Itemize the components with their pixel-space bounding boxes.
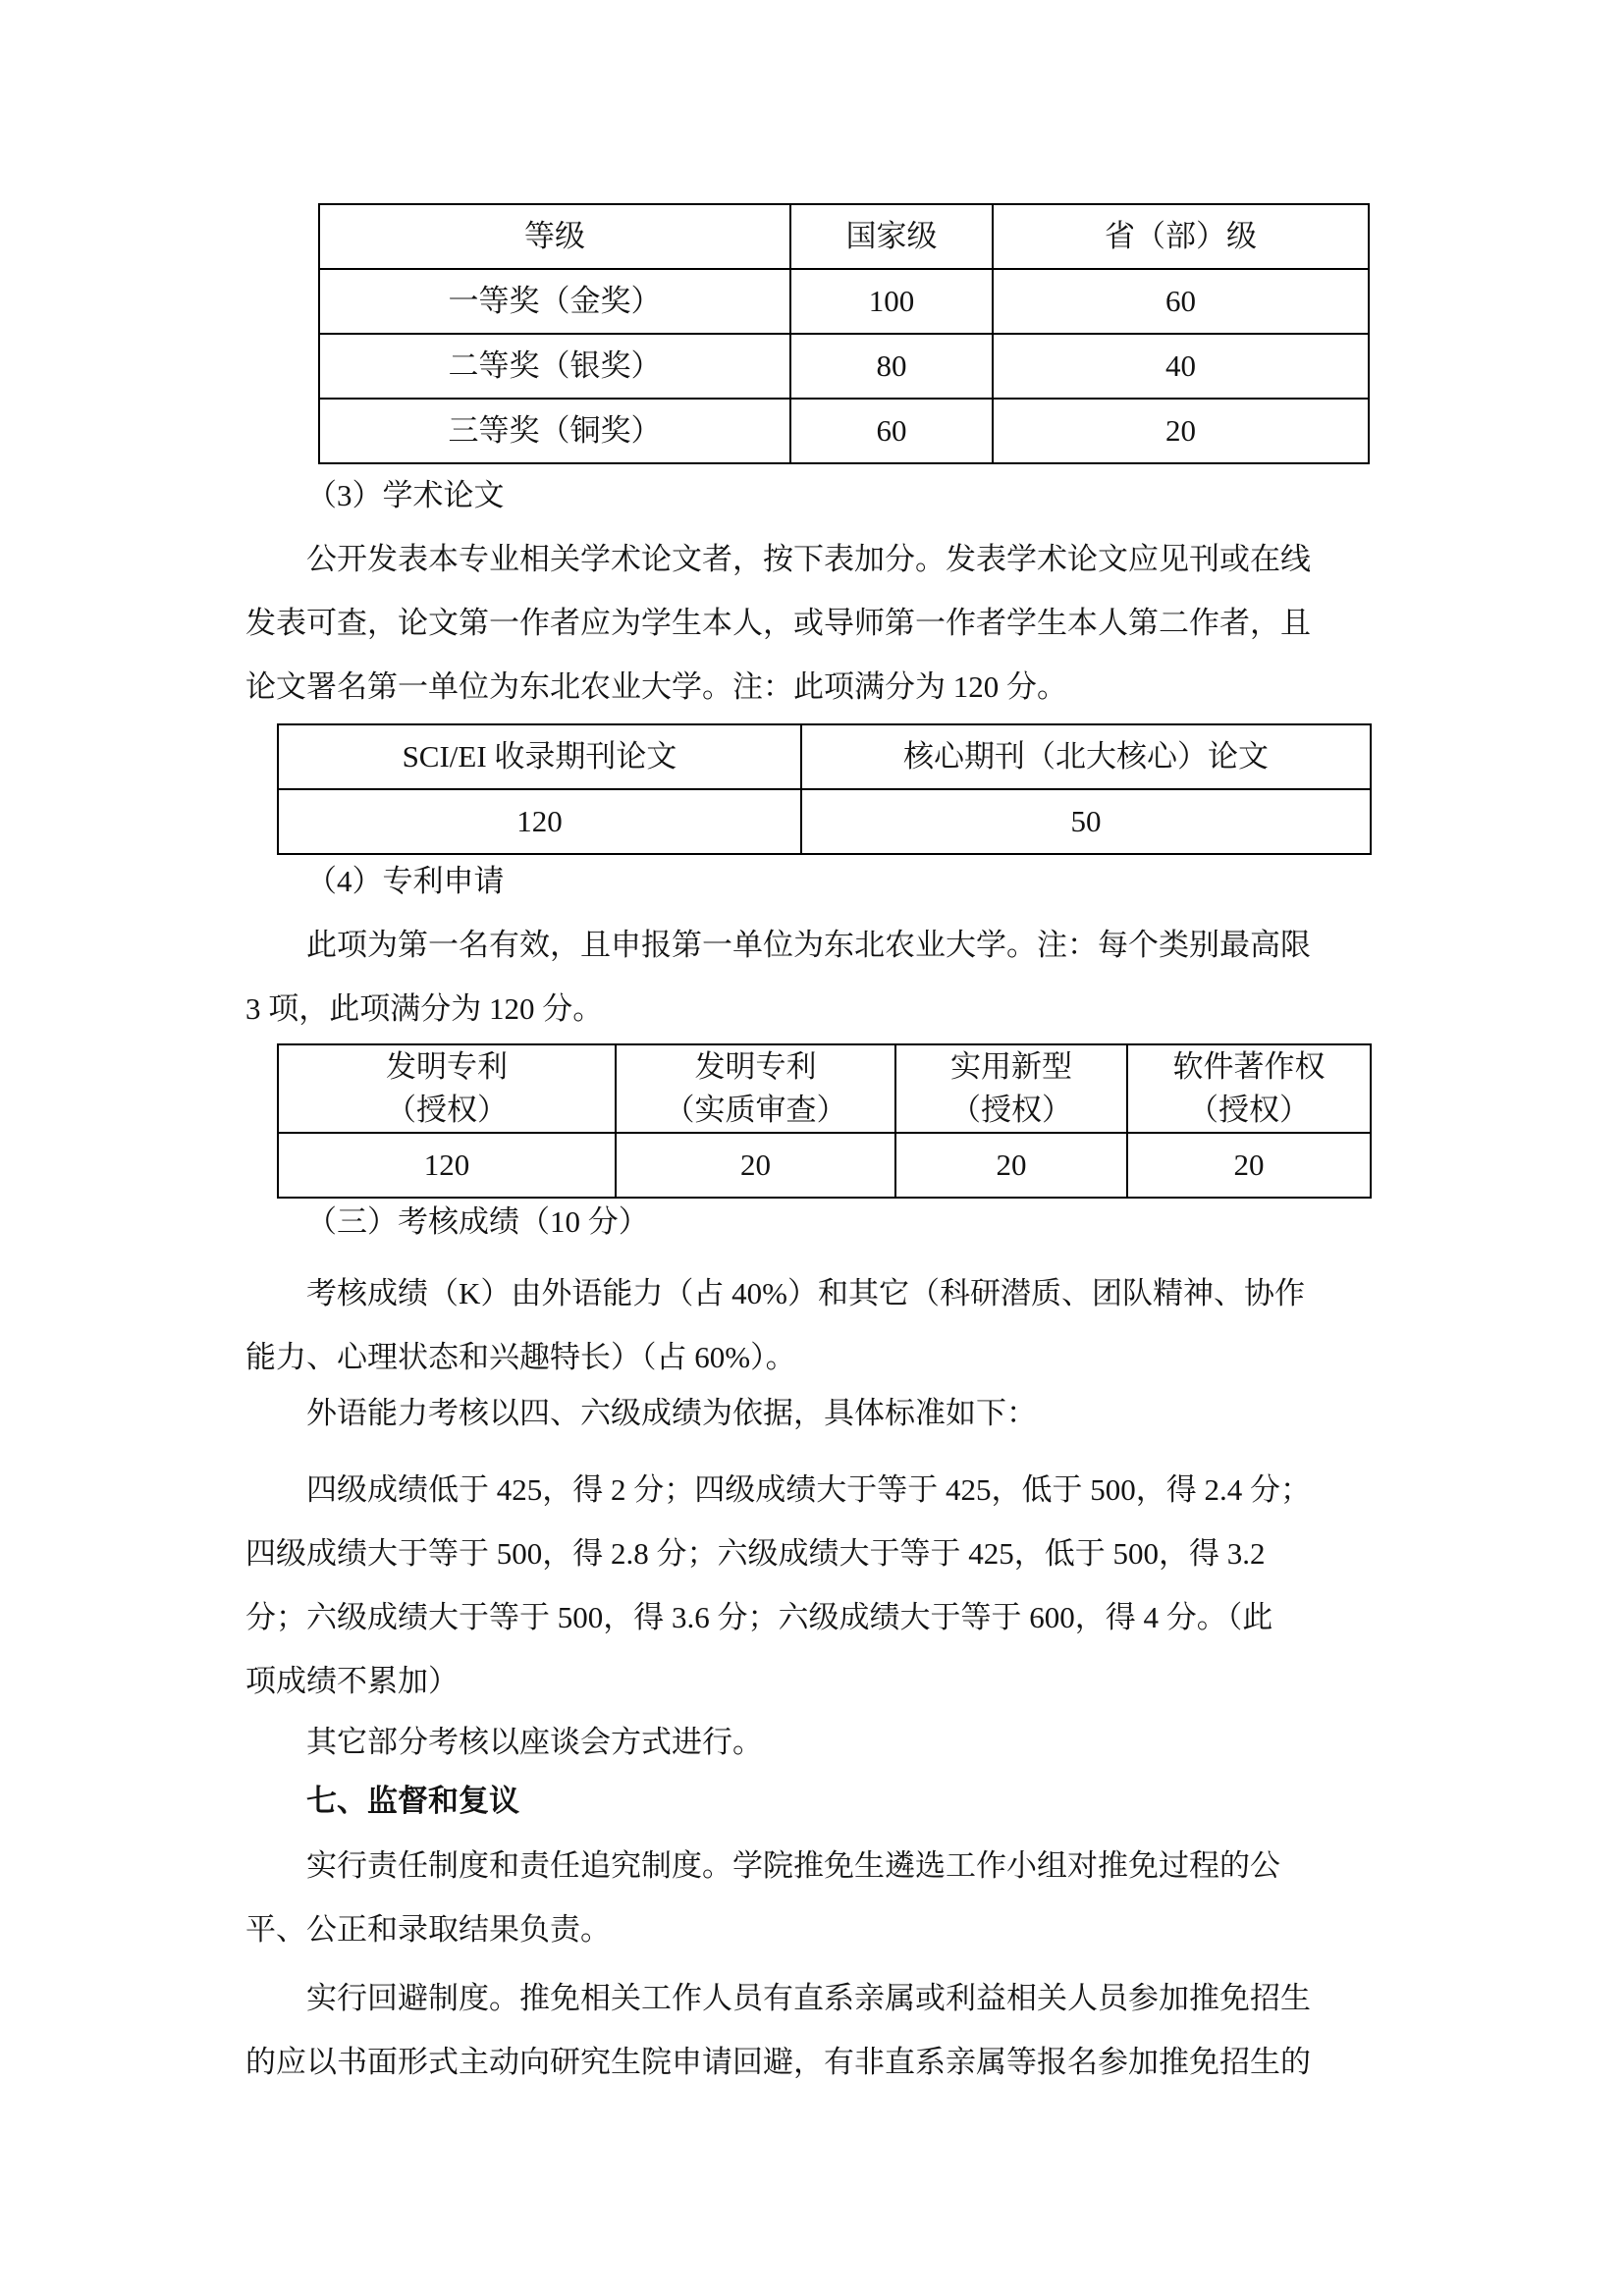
- patents-software-copyright-score: 20: [1127, 1133, 1371, 1198]
- awards-header-provincial: 省（部）级: [993, 204, 1369, 269]
- awards-table-header-row: 等级 国家级 省（部）级: [319, 204, 1369, 269]
- award-second-prize-label: 二等奖（银奖）: [319, 334, 790, 399]
- awards-header-national: 国家级: [790, 204, 993, 269]
- papers-table-header-row: SCI/EI 收录期刊论文 核心期刊（北大核心）论文: [278, 724, 1371, 789]
- paragraph-academic-papers: 公开发表本专业相关学术论文者，按下表加分。发表学术论文应见刊或在线 发表可查，论…: [245, 527, 1392, 719]
- patents-table-header-row: 发明专利 （授权） 发明专利 （实质审查） 实用新型 （授权） 软件著作权 （授…: [278, 1044, 1371, 1133]
- table-row: 一等奖（金奖） 100 60: [319, 269, 1369, 334]
- award-first-prize-provincial-score: 60: [993, 269, 1369, 334]
- paragraph-other-assessment: 其它部分考核以座谈会方式进行。: [245, 1710, 1392, 1774]
- patents-invention-examination-score: 20: [616, 1133, 895, 1198]
- paragraph-assessment-composition: 考核成绩（K）由外语能力（占 40%）和其它（科研潜质、团队精神、协作 能力、心…: [245, 1261, 1392, 1389]
- award-second-prize-national-score: 80: [790, 334, 993, 399]
- papers-core-journal-score: 50: [801, 789, 1371, 854]
- patents-header-software-copyright: 软件著作权 （授权）: [1127, 1044, 1371, 1133]
- awards-score-table: 等级 国家级 省（部）级 一等奖（金奖） 100 60 二等奖（银奖） 80 4…: [318, 203, 1370, 464]
- papers-header-sci-ei: SCI/EI 收录期刊论文: [278, 724, 801, 789]
- papers-sci-ei-score: 120: [278, 789, 801, 854]
- award-third-prize-label: 三等奖（铜奖）: [319, 399, 790, 463]
- award-first-prize-national-score: 100: [790, 269, 993, 334]
- table-row: 120 20 20 20: [278, 1133, 1371, 1198]
- award-first-prize-label: 一等奖（金奖）: [319, 269, 790, 334]
- papers-score-table: SCI/EI 收录期刊论文 核心期刊（北大核心）论文 120 50: [277, 723, 1372, 855]
- table-row: 二等奖（银奖） 80 40: [319, 334, 1369, 399]
- table-row: 120 50: [278, 789, 1371, 854]
- papers-header-core-journal: 核心期刊（北大核心）论文: [801, 724, 1371, 789]
- table-row: 三等奖（铜奖） 60 20: [319, 399, 1369, 463]
- awards-header-level: 等级: [319, 204, 790, 269]
- patents-header-invention-examination: 发明专利 （实质审查）: [616, 1044, 895, 1133]
- patent-score-table: 发明专利 （授权） 发明专利 （实质审查） 实用新型 （授权） 软件著作权 （授…: [277, 1043, 1372, 1199]
- section-heading-academic-papers: （3）学术论文: [245, 463, 1392, 527]
- patents-utility-model-score: 20: [895, 1133, 1127, 1198]
- award-third-prize-national-score: 60: [790, 399, 993, 463]
- document-page: 等级 国家级 省（部）级 一等奖（金奖） 100 60 二等奖（银奖） 80 4…: [0, 0, 1624, 2296]
- patents-invention-granted-score: 120: [278, 1133, 616, 1198]
- paragraph-cet-criteria: 四级成绩低于 425，得 2 分；四级成绩大于等于 425，低于 500，得 2…: [245, 1458, 1392, 1713]
- section-heading-assessment-score: （三）考核成绩（10 分）: [245, 1190, 1392, 1254]
- patents-header-invention-granted: 发明专利 （授权）: [278, 1044, 616, 1133]
- paragraph-language-criteria-intro: 外语能力考核以四、六级成绩为依据，具体标准如下：: [245, 1381, 1392, 1445]
- award-second-prize-provincial-score: 40: [993, 334, 1369, 399]
- paragraph-responsibility: 实行责任制度和责任追究制度。学院推免生遴选工作小组对推免过程的公 平、公正和录取…: [245, 1834, 1392, 1961]
- paragraph-patent: 此项为第一名有效，且申报第一单位为东北农业大学。注：每个类别最高限 3 项，此项…: [245, 913, 1392, 1041]
- paragraph-recusal: 实行回避制度。推免相关工作人员有直系亲属或利益相关人员参加推免招生 的应以书面形…: [245, 1966, 1392, 2094]
- section-heading-patent-application: （4）专利申请: [245, 849, 1392, 913]
- section-heading-supervision-review: 七、监督和复议: [245, 1769, 1392, 1833]
- patents-header-utility-model: 实用新型 （授权）: [895, 1044, 1127, 1133]
- award-third-prize-provincial-score: 20: [993, 399, 1369, 463]
